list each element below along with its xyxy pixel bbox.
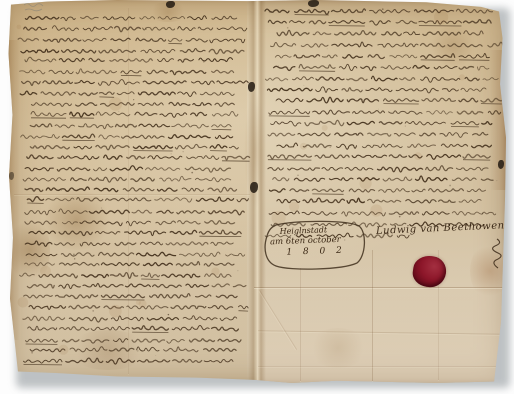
fold-crease [258,366,504,367]
stain [308,328,368,368]
left-page-handwriting [16,10,252,376]
fold-crease [254,287,504,288]
fold-crease [372,250,373,381]
fold-crease [300,268,301,381]
date-annotation: Heiglnstadt am 6ten october 1 8 0 2 [269,224,346,260]
letter-paper: Heiglnstadt am 6ten october 1 8 0 2 Ludw… [8,0,506,383]
photograph-stage: Heiglnstadt am 6ten october 1 8 0 2 Ludw… [0,0,514,394]
right-page-handwriting [262,4,506,250]
annotation-year: 1 8 0 2 [286,246,346,259]
